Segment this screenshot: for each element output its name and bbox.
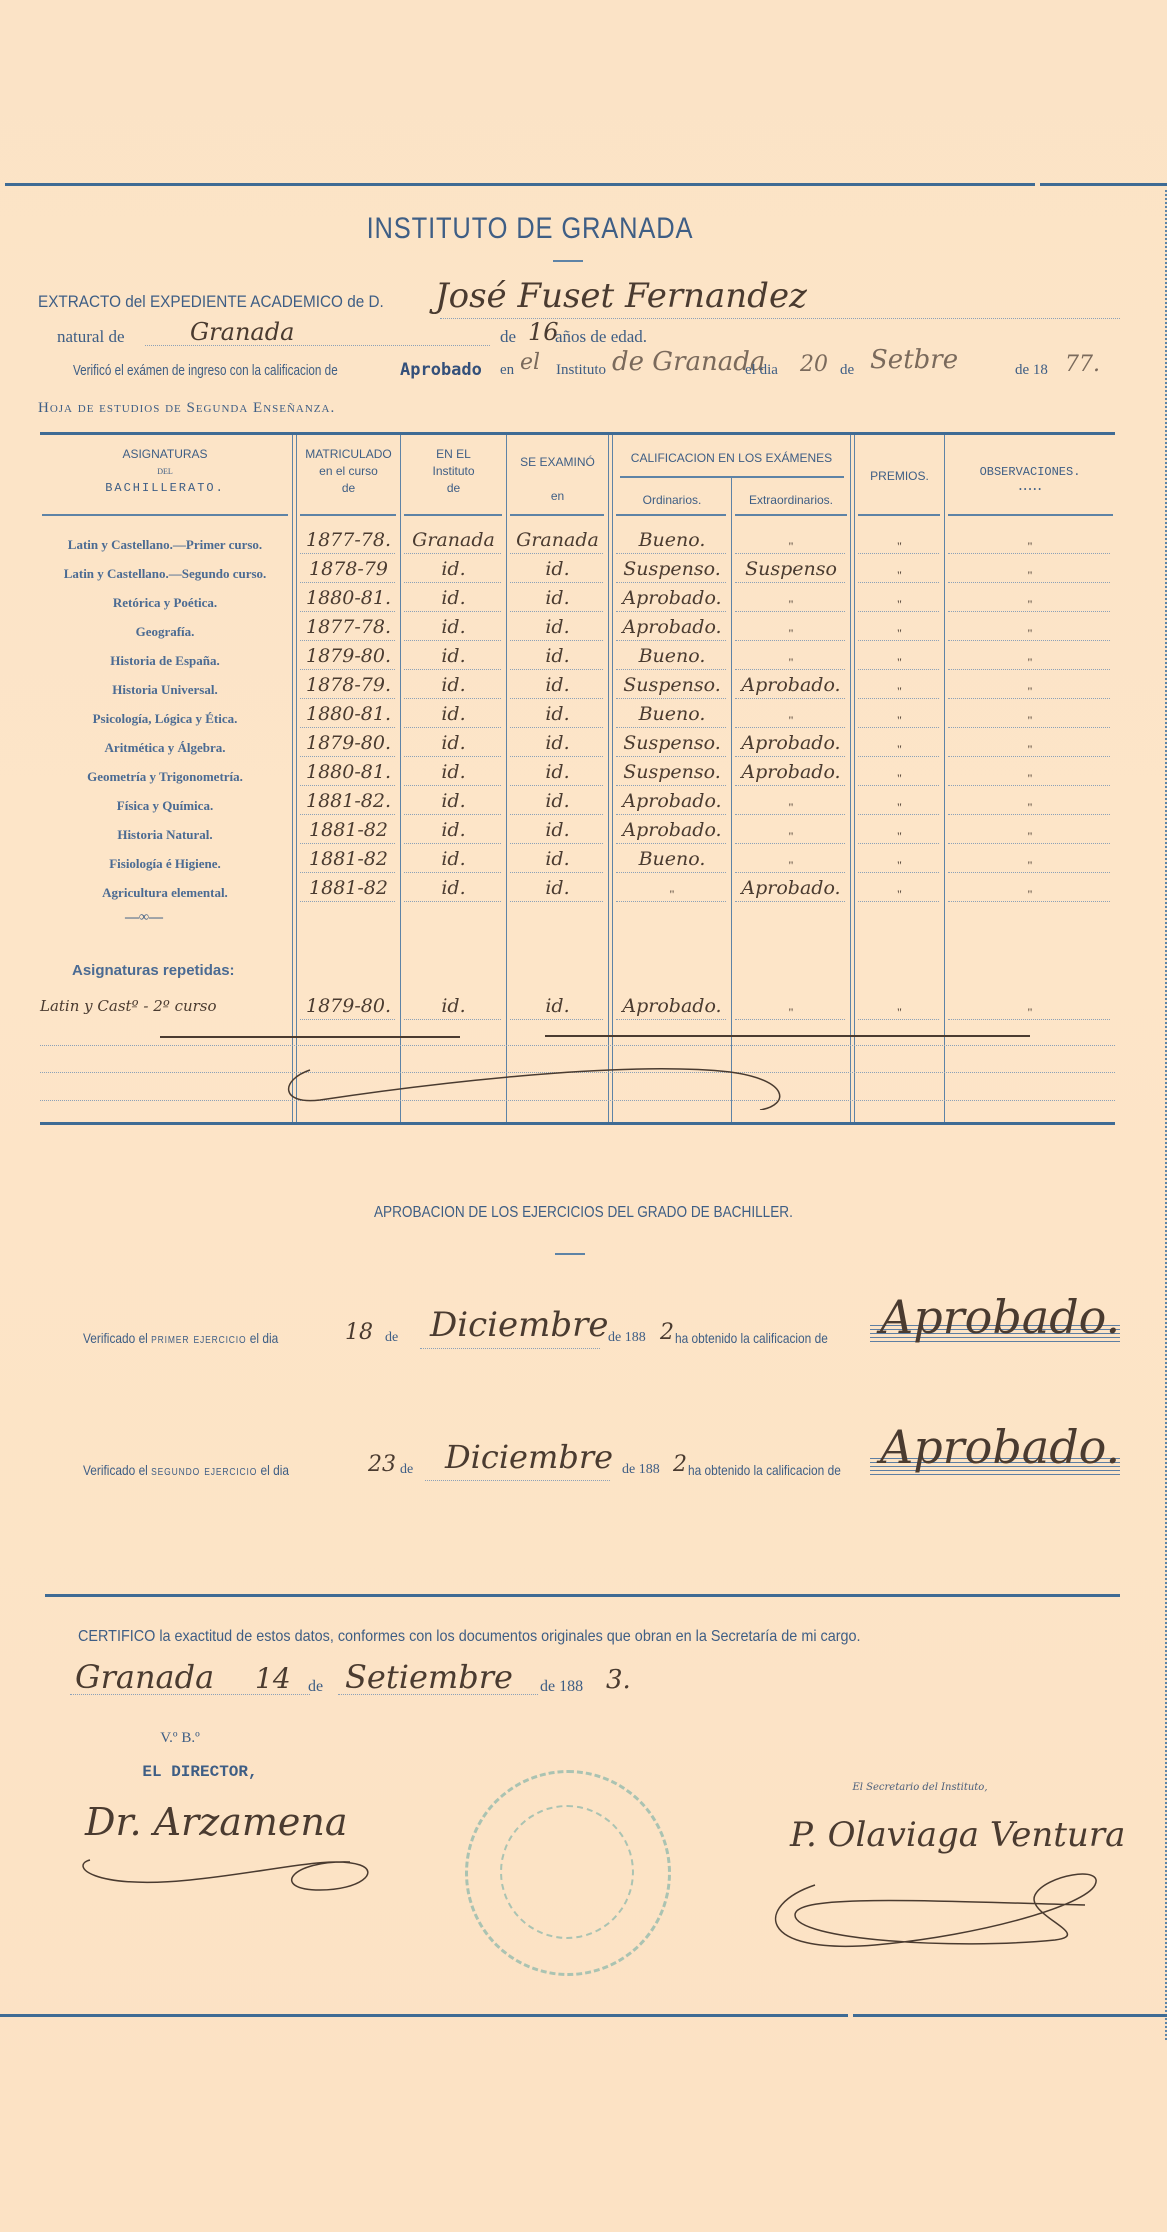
bottom-rule-right — [853, 2014, 1167, 2017]
header-underline — [510, 514, 604, 516]
certification-month: Setiembre — [345, 1658, 513, 1696]
row-dotted-line — [300, 582, 395, 583]
examino-cell: id. — [507, 848, 608, 870]
row-dotted-line — [948, 901, 1110, 902]
observaciones-cell: " — [945, 1005, 1115, 1020]
extract-label: EXTRACTO del EXPEDIENTE ACADEMICO de D. — [38, 292, 422, 312]
segundo-day: 23 — [368, 1452, 396, 1477]
cancel-line-1 — [160, 1036, 460, 1038]
bottom-rule — [0, 2014, 848, 2017]
row-dotted-line — [510, 756, 603, 757]
segundo-month-line — [425, 1480, 610, 1481]
secretary-signature: P. Olaviaga Ventura — [790, 1815, 1125, 1855]
primer-day: 18 — [345, 1320, 373, 1345]
header-underline — [735, 514, 847, 516]
vb-label: V.º B.º — [130, 1730, 230, 1747]
ingreso-text-5: de — [840, 362, 854, 379]
ingreso-line: Verificó el exámen de ingreso con la cal… — [73, 362, 412, 380]
examino-cell: id. — [507, 558, 608, 580]
extraordinarios-cell: Suspenso — [732, 558, 850, 580]
header-underline — [300, 514, 396, 516]
primer-text-4: de 188 — [608, 1330, 646, 1346]
row-dotted-line — [300, 611, 395, 612]
observaciones-cell: " — [945, 858, 1115, 873]
subject-label: Geometría y Trigonometría. — [40, 769, 290, 785]
row-dotted-line — [300, 814, 395, 815]
row-dotted-line — [948, 872, 1110, 873]
header-examino-1: SE EXAMINÓ — [507, 454, 608, 471]
row-dotted-line — [300, 553, 395, 554]
header-underline — [404, 514, 502, 516]
right-edge-border — [1162, 190, 1167, 2040]
empty-line — [40, 1045, 1115, 1046]
ordinarios-cell: Aprobado. — [613, 995, 731, 1017]
ingreso-text-2: en — [500, 362, 514, 379]
row-dotted-line — [948, 640, 1110, 641]
header-underline — [42, 514, 288, 516]
row-dotted-line — [735, 1019, 845, 1020]
header-asignaturas-2: DEL — [40, 463, 290, 480]
row-dotted-line — [735, 785, 845, 786]
row-dotted-line — [404, 814, 501, 815]
header-underline — [948, 514, 1113, 516]
row-dotted-line — [510, 785, 603, 786]
certification-year: 3. — [606, 1665, 631, 1695]
row-dotted-line — [510, 872, 603, 873]
primer-text-5-label: ha obtenido la calificacion de — [675, 1330, 828, 1346]
row-dotted-line — [948, 785, 1110, 786]
row-dotted-line — [858, 727, 939, 728]
row-dotted-line — [404, 843, 501, 844]
row-dotted-line — [300, 698, 395, 699]
row-dotted-line — [510, 640, 603, 641]
row-dotted-line — [300, 727, 395, 728]
examino-cell: id. — [507, 819, 608, 841]
row-dotted-line — [404, 553, 501, 554]
ordinarios-cell: Bueno. — [613, 645, 731, 667]
examino-cell: id. — [507, 995, 608, 1017]
header-extraordinarios: Extraordinarios. — [732, 492, 850, 509]
header-matriculado-1: MATRICULADO — [297, 446, 400, 463]
curso-cell: 1877-78. — [297, 529, 400, 551]
examino-cell: id. — [507, 587, 608, 609]
instituto-cell: id. — [401, 703, 506, 725]
extraordinarios-cell: Aprobado. — [732, 761, 850, 783]
row-dotted-line — [616, 640, 726, 641]
curso-cell: 1880-81. — [297, 703, 400, 725]
primer-text-5: ha obtenido la calificacion de — [675, 1330, 855, 1348]
age: 16 — [528, 318, 559, 346]
ingreso-text-6: de 18 — [1015, 362, 1048, 379]
row-dotted-line — [616, 1019, 726, 1020]
row-dotted-line — [858, 640, 939, 641]
certification-text: CERTIFICO la exactitud de estos datos, c… — [78, 1628, 947, 1646]
row-dotted-line — [404, 901, 501, 902]
row-dotted-line — [616, 669, 726, 670]
row-dotted-line — [300, 785, 395, 786]
instituto-cell: id. — [401, 558, 506, 580]
curso-cell: 1881-82 — [297, 848, 400, 870]
primer-ejercicio-line: Verificado el primer ejercicio el dia — [83, 1330, 313, 1348]
observaciones-cell: " — [945, 887, 1115, 902]
row-dotted-line — [616, 611, 726, 612]
subject-label: Historia Universal. — [40, 682, 290, 698]
row-dotted-line — [404, 582, 501, 583]
header-underline — [858, 514, 940, 516]
header-calificacion: CALIFICACION EN LOS EXÁMENES — [613, 450, 850, 467]
col-divider — [608, 435, 609, 1122]
extraordinarios-cell: " — [732, 655, 850, 670]
flourish-icon — [270, 1060, 810, 1110]
extraordinarios-cell: " — [732, 829, 850, 844]
row-dotted-line — [300, 756, 395, 757]
instituto-cell: id. — [401, 790, 506, 812]
header-premios: PREMIOS. — [855, 468, 944, 485]
header-instituto-3: de — [401, 480, 506, 497]
row-dotted-line — [948, 1019, 1110, 1020]
row-dotted-line — [510, 1019, 603, 1020]
student-name: José Fuset Fernandez — [435, 276, 807, 316]
row-dotted-line — [948, 553, 1110, 554]
row-dotted-line — [948, 582, 1110, 583]
ordinarios-cell: " — [613, 887, 731, 902]
extraordinarios-cell: Aprobado. — [732, 877, 850, 899]
instituto-cell: id. — [401, 645, 506, 667]
curso-cell: 1879-80. — [297, 732, 400, 754]
subject-label: Física y Química. — [40, 798, 290, 814]
subject-label: Historia Natural. — [40, 827, 290, 843]
instituto-cell: id. — [401, 995, 506, 1017]
row-dotted-line — [858, 582, 939, 583]
ingreso-grade: Aprobado — [400, 360, 482, 380]
subject-label: Psicología, Lógica y Ética. — [40, 711, 290, 727]
ordinarios-cell: Suspenso. — [613, 761, 731, 783]
ordinarios-cell: Bueno. — [613, 529, 731, 551]
subject-label: Historia de España. — [40, 653, 290, 669]
header-matriculado-3: de — [297, 480, 400, 497]
col-divider — [292, 435, 293, 1122]
subject-label: Fisiología é Higiene. — [40, 856, 290, 872]
secretary-label: El Secretario del Instituto, — [800, 1782, 1040, 1793]
subject-label: Geografía. — [40, 624, 290, 640]
row-dotted-line — [616, 698, 726, 699]
director-flourish-icon — [70, 1850, 390, 1900]
birthplace: Granada — [190, 318, 294, 346]
institute-seal-inner — [500, 1805, 634, 1939]
primer-month: Diciembre — [430, 1305, 609, 1345]
row-dotted-line — [404, 727, 501, 728]
extraordinarios-cell: Aprobado. — [732, 732, 850, 754]
observaciones-cell: " — [945, 626, 1115, 641]
certification-text-label: CERTIFICO la exactitud de estos datos, c… — [78, 1628, 861, 1646]
ordinarios-cell: Bueno. — [613, 848, 731, 870]
observaciones-cell: " — [945, 713, 1115, 728]
subject-label: Agricultura elemental. — [40, 885, 290, 901]
premios-cell: " — [855, 858, 944, 873]
extraordinarios-cell: " — [732, 597, 850, 612]
curso-cell: 1881-82. — [297, 790, 400, 812]
natural-label: natural de — [57, 327, 125, 347]
premios-cell: " — [855, 713, 944, 728]
director-label: EL DIRECTOR, — [90, 1763, 310, 1781]
row-dotted-line — [510, 582, 603, 583]
row-dotted-line — [300, 640, 395, 641]
examino-cell: id. — [507, 616, 608, 638]
subject-label: Retórica y Poética. — [40, 595, 290, 611]
row-dotted-line — [404, 785, 501, 786]
observaciones-cell: " — [945, 597, 1115, 612]
premios-cell: " — [855, 626, 944, 641]
extraordinarios-cell: " — [732, 1005, 850, 1020]
segundo-text-3: de — [400, 1462, 413, 1478]
header-asignaturas: ASIGNATURAS DEL BACHILLERATO. — [40, 446, 290, 497]
extraordinarios-cell: " — [732, 539, 850, 554]
row-dotted-line — [404, 669, 501, 670]
header-underline — [616, 514, 726, 516]
premios-cell: " — [855, 829, 944, 844]
row-dotted-line — [735, 756, 845, 757]
segundo-text-5: ha obtenido la calificacion de — [688, 1462, 868, 1480]
instituto-cell: id. — [401, 587, 506, 609]
premios-cell: " — [855, 1005, 944, 1020]
examino-cell: id. — [507, 645, 608, 667]
primer-text-2: el dia — [250, 1330, 278, 1346]
top-rule-right — [1040, 183, 1167, 186]
calificacion-underline — [620, 476, 844, 478]
header-instituto: EN EL Instituto de — [401, 446, 506, 497]
segundo-month: Diciembre — [445, 1438, 613, 1476]
header-examino: SE EXAMINÓ en — [507, 454, 608, 505]
header-ordinarios: Ordinarios. — [613, 492, 731, 509]
subject-label: Latin y Castº - 2º curso — [40, 997, 290, 1015]
certification-rule — [45, 1594, 1120, 1597]
curso-cell: 1878-79 — [297, 558, 400, 580]
row-dotted-line — [300, 843, 395, 844]
primer-grade: Aprobado. — [880, 1290, 1120, 1344]
instituto-cell: id. — [401, 732, 506, 754]
header-observaciones-dots: • • • • • — [945, 481, 1115, 498]
row-dotted-line — [404, 1019, 501, 1020]
top-rule — [5, 183, 1035, 186]
row-dotted-line — [616, 872, 726, 873]
instituto-cell: Granada — [401, 529, 506, 551]
row-dotted-line — [616, 553, 726, 554]
secretary-flourish-icon — [755, 1865, 1115, 1955]
row-dotted-line — [735, 843, 845, 844]
examino-cell: id. — [507, 877, 608, 899]
ingreso-text-4: el dia — [745, 362, 778, 379]
row-dotted-line — [510, 669, 603, 670]
ordinarios-cell: Aprobado. — [613, 819, 731, 841]
examino-cell: Granada — [507, 529, 608, 551]
row-dotted-line — [735, 553, 845, 554]
row-dotted-line — [616, 582, 726, 583]
extraordinarios-cell: " — [732, 800, 850, 815]
curso-cell: 1877-78. — [297, 616, 400, 638]
premios-cell: " — [855, 771, 944, 786]
header-observaciones-label: OBSERVACIONES. — [945, 464, 1115, 481]
table-top-rule — [40, 432, 1115, 435]
ingreso-day: 20 — [800, 352, 828, 377]
bachiller-title-text: APROBACION DE LOS EJERCICIOS DEL GRADO D… — [374, 1204, 793, 1222]
curso-cell: 1880-81. — [297, 587, 400, 609]
ordinarios-cell: Aprobado. — [613, 616, 731, 638]
ordinarios-cell: Aprobado. — [613, 587, 731, 609]
premios-cell: " — [855, 568, 944, 583]
director-signature: Dr. Arzamena — [85, 1800, 348, 1844]
curso-cell: 1880-81. — [297, 761, 400, 783]
subject-label: Aritmética y Álgebra. — [40, 740, 290, 756]
observaciones-cell: " — [945, 800, 1115, 815]
row-dotted-line — [510, 553, 603, 554]
row-dotted-line — [510, 611, 603, 612]
institute-title: INSTITUTO DE GRANADA — [335, 212, 726, 246]
row-dotted-line — [948, 698, 1110, 699]
repeated-label: Asignaturas repetidas: — [72, 962, 235, 979]
segundo-text-1: Verificado el — [83, 1462, 148, 1478]
ingreso-text-3: Instituto — [556, 362, 606, 379]
ingreso-handwritten-2: de Granada — [612, 347, 765, 377]
row-dotted-line — [858, 843, 939, 844]
premios-cell: " — [855, 887, 944, 902]
premios-cell: " — [855, 800, 944, 815]
header-matriculado-2: en el curso — [297, 463, 400, 480]
segundo-ejercicio-line: Verificado el segundo ejercicio el dia — [83, 1462, 325, 1480]
age-suffix: años de edad. — [555, 327, 647, 347]
row-dotted-line — [948, 756, 1110, 757]
ordinarios-cell: Aprobado. — [613, 790, 731, 812]
examino-cell: id. — [507, 732, 608, 754]
row-dotted-line — [948, 814, 1110, 815]
header-instituto-2: Instituto — [401, 463, 506, 480]
row-dotted-line — [735, 669, 845, 670]
primer-exercise: primer ejercicio — [151, 1330, 246, 1346]
header-asignaturas-1: ASIGNATURAS — [40, 446, 290, 463]
row-dotted-line — [858, 785, 939, 786]
curso-cell: 1879-80. — [297, 645, 400, 667]
subject-label: Latin y Castellano.—Segundo curso. — [40, 566, 290, 582]
ingreso-handwritten-1: el — [520, 350, 540, 375]
segundo-grade: Aprobado. — [880, 1420, 1120, 1474]
row-dotted-line — [404, 611, 501, 612]
instituto-cell: id. — [401, 674, 506, 696]
primer-year: 2 — [660, 1320, 674, 1345]
primer-text-3: de — [385, 1330, 398, 1346]
row-dotted-line — [735, 727, 845, 728]
row-dotted-line — [510, 698, 603, 699]
premios-cell: " — [855, 539, 944, 554]
examino-cell: id. — [507, 703, 608, 725]
row-dotted-line — [735, 814, 845, 815]
certification-year-prefix: de 188 — [540, 1678, 583, 1696]
row-dotted-line — [510, 843, 603, 844]
row-dotted-line — [404, 698, 501, 699]
ingreso-month: Setbre — [870, 345, 958, 375]
observaciones-cell: " — [945, 829, 1115, 844]
segundo-text-5-label: ha obtenido la calificacion de — [688, 1462, 841, 1478]
row-dotted-line — [858, 1019, 939, 1020]
row-dotted-line — [858, 553, 939, 554]
row-dotted-line — [510, 814, 603, 815]
row-dotted-line — [300, 872, 395, 873]
instituto-cell: id. — [401, 848, 506, 870]
examino-cell: id. — [507, 761, 608, 783]
row-dotted-line — [735, 611, 845, 612]
instituto-cell: id. — [401, 877, 506, 899]
observaciones-cell: " — [945, 771, 1115, 786]
curso-cell: 1881-82 — [297, 877, 400, 899]
row-dotted-line — [300, 901, 395, 902]
examino-cell: id. — [507, 790, 608, 812]
ingreso-year: 77. — [1065, 352, 1100, 377]
row-dotted-line — [735, 582, 845, 583]
instituto-cell: id. — [401, 616, 506, 638]
row-dotted-line — [735, 640, 845, 641]
observaciones-cell: " — [945, 568, 1115, 583]
row-dotted-line — [616, 901, 726, 902]
row-dotted-line — [510, 901, 603, 902]
curso-cell: 1879-80. — [297, 995, 400, 1017]
premios-cell: " — [855, 684, 944, 699]
col-divider — [850, 435, 851, 1122]
observaciones-cell: " — [945, 684, 1115, 699]
subject-label: Latin y Castellano.—Primer curso. — [40, 537, 290, 553]
segundo-year: 2 — [673, 1452, 687, 1477]
row-dotted-line — [948, 669, 1110, 670]
observaciones-cell: " — [945, 655, 1115, 670]
ordinarios-cell: Suspenso. — [613, 558, 731, 580]
segundo-text-4: de 188 — [622, 1462, 660, 1478]
row-dotted-line — [948, 611, 1110, 612]
ordinarios-cell: Suspenso. — [613, 674, 731, 696]
row-dotted-line — [948, 727, 1110, 728]
instituto-cell: id. — [401, 761, 506, 783]
row-dotted-line — [404, 756, 501, 757]
row-dotted-line — [858, 872, 939, 873]
header-matriculado: MATRICULADO en el curso de — [297, 446, 400, 497]
ingreso-text-1: Verificó el exámen de ingreso con la cal… — [73, 362, 338, 379]
extraordinarios-cell: Aprobado. — [732, 674, 850, 696]
sheet-title: Hoja de estudios de Segunda Enseñanza. — [38, 400, 335, 417]
row-dotted-line — [858, 669, 939, 670]
header-instituto-1: EN EL — [401, 446, 506, 463]
examino-cell: id. — [507, 674, 608, 696]
row-dotted-line — [616, 756, 726, 757]
header-examino-2: en — [507, 488, 608, 505]
row-dotted-line — [858, 611, 939, 612]
row-dotted-line — [616, 814, 726, 815]
bachiller-title: APROBACION DE LOS EJERCICIOS DEL GRADO D… — [0, 1204, 1167, 1222]
row-dotted-line — [300, 669, 395, 670]
extract-label-text: EXTRACTO del EXPEDIENTE ACADEMICO de D. — [38, 292, 384, 312]
row-dotted-line — [735, 872, 845, 873]
curso-cell: 1878-79. — [297, 674, 400, 696]
instituto-cell: id. — [401, 819, 506, 841]
row-dotted-line — [858, 901, 939, 902]
row-dotted-line — [300, 1019, 395, 1020]
extraordinarios-cell: " — [732, 713, 850, 728]
row-dotted-line — [616, 727, 726, 728]
row-dotted-line — [616, 843, 726, 844]
extraordinarios-cell: " — [732, 858, 850, 873]
premios-cell: " — [855, 655, 944, 670]
row-dotted-line — [404, 640, 501, 641]
premios-cell: " — [855, 597, 944, 612]
ordinarios-cell: Bueno. — [613, 703, 731, 725]
curso-cell: 1881-82 — [297, 819, 400, 841]
observaciones-cell: " — [945, 742, 1115, 757]
row-dotted-line — [948, 843, 1110, 844]
